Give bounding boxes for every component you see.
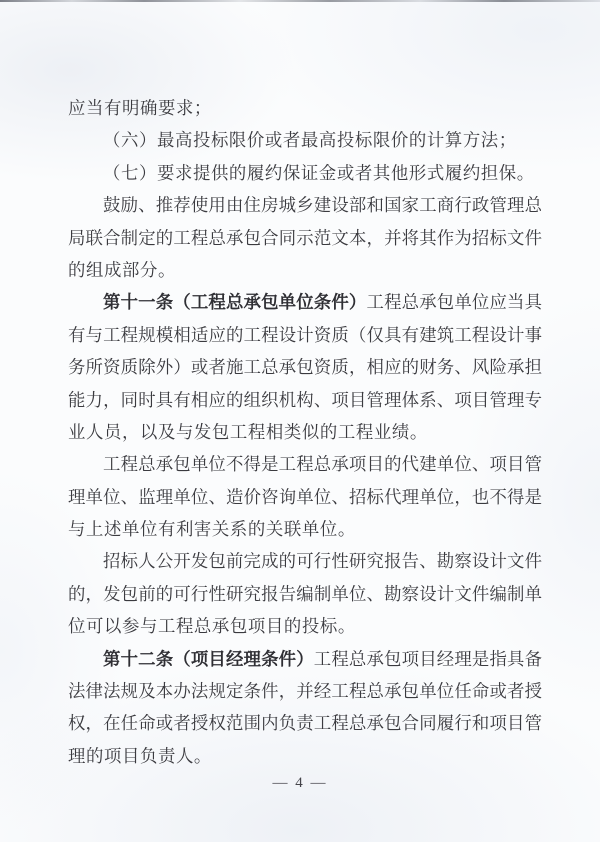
text-line: 鼓励、推荐使用由住房城乡建设部和国家工商行政管理总: [68, 189, 542, 221]
text-line: 与上述单位有利害关系的关联单位。: [68, 513, 542, 545]
text-run: 工程总承包项目经理是指具备: [314, 649, 542, 669]
text-line: 有与工程规模相适应的工程设计资质（仅具有建筑工程设计事: [68, 319, 542, 351]
article-12-heading: 第十二条（项目经理条件）: [103, 649, 314, 669]
text-line: 业人员，以及与发包工程相类似的工程业绩。: [68, 416, 542, 448]
text-line: 权，在任命或者授权范围内负责工程总承包合同履行和项目管: [68, 707, 542, 739]
text-line: 工程总承包单位不得是工程总承项目的代建单位、项目管: [68, 448, 542, 480]
text-line: 应当有明确要求；: [68, 92, 542, 124]
page-number: — 4 —: [273, 775, 328, 791]
text-run: 工程总承包单位应当具: [367, 292, 542, 312]
text-line: 的组成部分。: [68, 254, 542, 286]
text-line: 法律法规及本办法规定条件，并经工程总承包单位任命或者授: [68, 675, 542, 707]
text-line: 能力，同时具有相应的组织机构、项目管理体系、项目管理专: [68, 384, 542, 416]
text-line: 理的项目负责人。: [68, 740, 542, 772]
text-line: （七）要求提供的履约保证金或者其他形式履约担保。: [68, 157, 542, 189]
text-line: 第十二条（项目经理条件）工程总承包项目经理是指具备: [68, 643, 542, 675]
text-line: 理单位、监理单位、造价咨询单位、招标代理单位，也不得是: [68, 481, 542, 513]
page-footer: — 4 —: [0, 775, 600, 792]
text-line: （六）最高投标限价或者最高投标限价的计算方法；: [68, 124, 542, 156]
text-line: 第十一条（工程总承包单位条件）工程总承包单位应当具: [68, 286, 542, 318]
text-line: 局联合制定的工程总承包合同示范文本，并将其作为招标文件: [68, 222, 542, 254]
text-line: 招标人公开发包前完成的可行性研究报告、勘察设计文件: [68, 545, 542, 577]
article-11-heading: 第十一条（工程总承包单位条件）: [103, 292, 367, 312]
text-line: 位可以参与工程总承包项目的投标。: [68, 610, 542, 642]
text-line: 务所资质除外）或者施工总承包资质，相应的财务、风险承担: [68, 351, 542, 383]
document-body: 应当有明确要求； （六）最高投标限价或者最高投标限价的计算方法； （七）要求提供…: [68, 92, 542, 772]
scan-edge-artifact: [0, 0, 600, 2]
text-line: 的，发包前的可行性研究报告编制单位、勘察设计文件编制单: [68, 578, 542, 610]
document-page: 应当有明确要求； （六）最高投标限价或者最高投标限价的计算方法； （七）要求提供…: [0, 0, 600, 842]
